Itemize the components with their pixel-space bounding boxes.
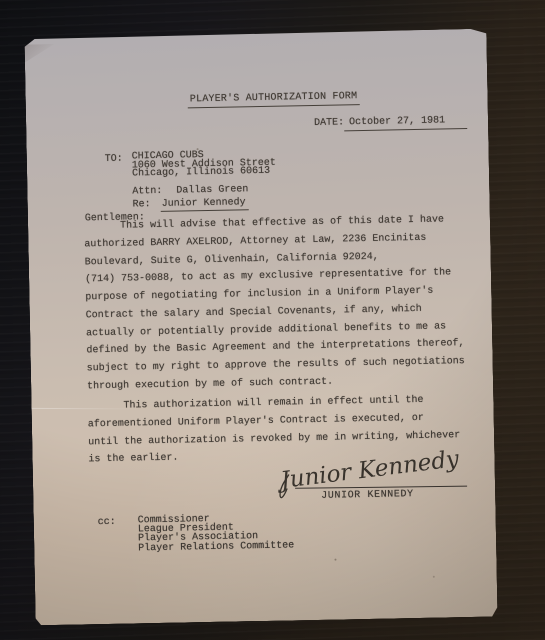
dust-speck: [334, 559, 336, 561]
attn-value: Dallas Green: [176, 184, 248, 196]
paragraph-1: This will advise that effective as of th…: [84, 211, 479, 396]
re-row: Re: Junior Kennedy: [133, 197, 249, 210]
date-value: October 27, 1981: [344, 115, 467, 131]
signature-typed-name: JUNIOR KENNEDY: [321, 489, 414, 502]
to-label: TO:: [105, 154, 123, 165]
document-title: PLAYER'S AUTHORIZATION FORM: [188, 91, 360, 108]
re-label: Re:: [133, 199, 151, 210]
recipient-line: Chicago, Illinois 60613: [132, 168, 276, 179]
cc-list: Commissioner League President Player's A…: [138, 513, 295, 553]
photo-scene: PLAYER'S AUTHORIZATION FORM DATE:October…: [0, 0, 545, 640]
attn-row: Attn: Dallas Green: [132, 184, 248, 197]
document-title-row: PLAYER'S AUTHORIZATION FORM: [26, 89, 488, 112]
attn-label: Attn:: [132, 186, 162, 198]
cc-item: Player Relations Committee: [138, 541, 294, 553]
date-label: DATE:: [314, 117, 344, 129]
cc-label: cc:: [98, 517, 116, 528]
paper-corner-fold: [25, 44, 55, 63]
date-row: DATE:October 27, 1981: [314, 115, 467, 131]
recipient-address: CHICAGO CUBS 1060 West Addison Street Ch…: [132, 151, 276, 179]
re-value: Junior Kennedy: [161, 197, 249, 212]
letter-paper: PLAYER'S AUTHORIZATION FORM DATE:October…: [24, 29, 497, 626]
dust-speck: [433, 576, 435, 578]
